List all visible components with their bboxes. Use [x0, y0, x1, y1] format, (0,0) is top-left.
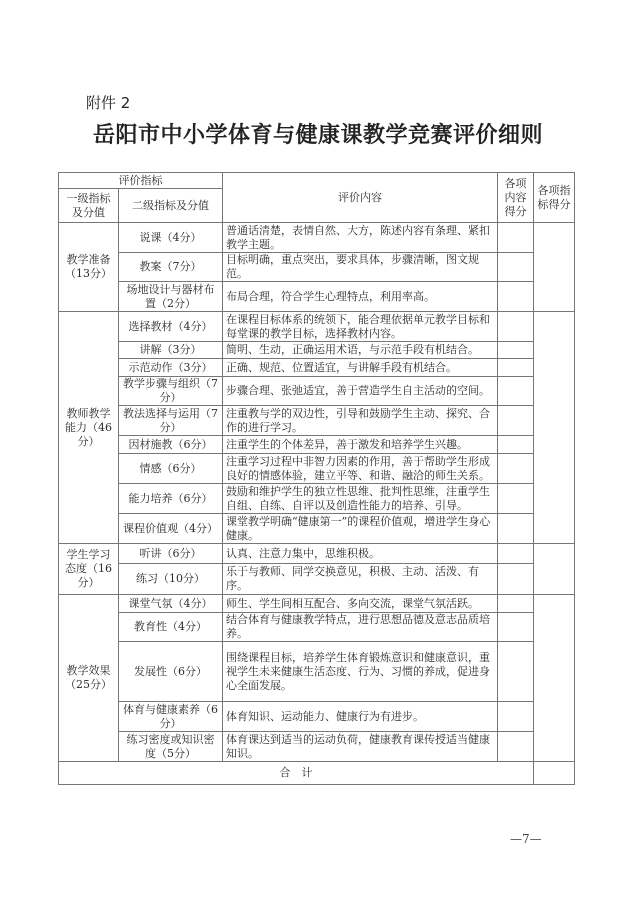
item-score-field[interactable] — [498, 514, 534, 544]
item-score-field[interactable] — [498, 642, 534, 702]
table-row: 场地设计与器材布置（2分） 布局合理，符合学生心理特点，利用率高。 — [59, 282, 575, 312]
table-row: 教师教学能力（46分） 选择教材（4分） 在课程目标体系的统领下，能合理依据单元… — [59, 312, 575, 342]
table-row: 示范动作（3分） 正确、规范、位置适宜，与讲解手段有机结合。 — [59, 359, 575, 377]
header-evaluation-indicators: 评价指标 — [59, 173, 223, 189]
table-row: 练习（10分） 乐于与教师、同学交换意见，积极、主动、活泼、有序。 — [59, 564, 575, 595]
content-cell: 目标明确，重点突出，要求具体，步骤清晰，图文规范。 — [223, 253, 498, 282]
level2-cell: 讲解（3分） — [119, 342, 223, 359]
table-row: 情感（6分） 注重学习过程中非智力因素的作用，善于帮助学生形成良好的情感体验，建… — [59, 454, 575, 484]
content-cell: 注重教与学的双边性，引导和鼓励学生主动、探究、合作的进行学习。 — [223, 406, 498, 436]
item-score-field[interactable] — [498, 377, 534, 406]
content-cell: 步骤合理、张弛适宜，善于营造学生自主活动的空间。 — [223, 377, 498, 406]
item-score-field[interactable] — [498, 312, 534, 342]
indicator-score-field[interactable] — [534, 544, 575, 595]
table-row: 教学效果（25分） 课堂气氛（4分） 师生、学生间相互配合、多向交流，课堂气氛活… — [59, 595, 575, 613]
level1-teaching-effect: 教学效果（25分） — [59, 595, 119, 762]
table-row: 发展性（6分） 围绕课程目标，培养学生体育锻炼意识和健康意识，重视学生未来健康生… — [59, 642, 575, 702]
content-cell: 结合体育与健康教学特点，进行思想品德及意志品质培养。 — [223, 613, 498, 642]
content-cell: 布局合理，符合学生心理特点，利用率高。 — [223, 282, 498, 312]
table-row: 能力培养（6分） 鼓励和维护学生的独立性思维、批判性思维，注重学生自组、自练、自… — [59, 484, 575, 514]
header-level2: 二级指标及分值 — [119, 189, 223, 223]
level2-cell: 教法选择与运用（7分） — [119, 406, 223, 436]
table-row: 教法选择与运用（7分） 注重教与学的双边性，引导和鼓励学生主动、探究、合作的进行… — [59, 406, 575, 436]
content-cell: 注重学习过程中非智力因素的作用，善于帮助学生形成良好的情感体验，建立平等、和谐、… — [223, 454, 498, 484]
total-label: 合 计 — [59, 762, 534, 785]
item-score-field[interactable] — [498, 484, 534, 514]
table-row: 体育与健康素养（6分） 体育知识、运动能力、健康行为有进步。 — [59, 702, 575, 732]
item-score-field[interactable] — [498, 544, 534, 564]
level2-cell: 示范动作（3分） — [119, 359, 223, 377]
level2-cell: 因材施教（6分） — [119, 436, 223, 454]
table-row: 练习密度或知识密度（5分） 体育课达到适当的运动负荷，健康教育课传授适当健康知识… — [59, 732, 575, 762]
table-row: 教学步骤与组织（7分） 步骤合理、张弛适宜，善于营造学生自主活动的空间。 — [59, 377, 575, 406]
table-row: 教育性（4分） 结合体育与健康教学特点，进行思想品德及意志品质培养。 — [59, 613, 575, 642]
content-cell: 简明、生动，正确运用术语，与示范手段有机结合。 — [223, 342, 498, 359]
content-cell: 体育课达到适当的运动负荷，健康教育课传授适当健康知识。 — [223, 732, 498, 762]
content-cell: 乐于与教师、同学交换意见，积极、主动、活泼、有序。 — [223, 564, 498, 595]
attachment-label: 附件 2 — [86, 92, 130, 113]
content-cell: 普通话清楚，表情自然、大方，陈述内容有条理、紧扣教学主题。 — [223, 223, 498, 253]
content-cell: 正确、规范、位置适宜，与讲解手段有机结合。 — [223, 359, 498, 377]
item-score-field[interactable] — [498, 436, 534, 454]
header-evaluation-content: 评价内容 — [223, 173, 498, 223]
item-score-field[interactable] — [498, 564, 534, 595]
level2-cell: 教学步骤与组织（7分） — [119, 377, 223, 406]
header-level1: 一级指标及分值 — [59, 189, 119, 223]
page-title: 岳阳市中小学体育与健康课教学竞赛评价细则 — [0, 118, 636, 149]
indicator-score-field[interactable] — [534, 312, 575, 544]
level2-cell: 体育与健康素养（6分） — [119, 702, 223, 732]
item-score-field[interactable] — [498, 253, 534, 282]
level2-cell: 能力培养（6分） — [119, 484, 223, 514]
indicator-score-field[interactable] — [534, 595, 575, 762]
evaluation-table: 评价指标 评价内容 各项内容得分 各项指标得分 一级指标及分值 二级指标及分值 … — [58, 172, 575, 785]
level2-cell: 听讲（6分） — [119, 544, 223, 564]
content-cell: 注重学生的个体差异，善于激发和培养学生兴趣。 — [223, 436, 498, 454]
header-item-score: 各项内容得分 — [498, 173, 534, 223]
indicator-score-field[interactable] — [534, 223, 575, 312]
item-score-field[interactable] — [498, 595, 534, 613]
table-row: 讲解（3分） 简明、生动，正确运用术语，与示范手段有机结合。 — [59, 342, 575, 359]
level2-cell: 场地设计与器材布置（2分） — [119, 282, 223, 312]
level1-teacher-teaching-ability: 教师教学能力（46分） — [59, 312, 119, 544]
table-row: 教学准备（13分） 说课（4分） 普通话清楚，表情自然、大方，陈述内容有条理、紧… — [59, 223, 575, 253]
content-cell: 师生、学生间相互配合、多向交流，课堂气氛活跃。 — [223, 595, 498, 613]
level2-cell: 课堂气氛（4分） — [119, 595, 223, 613]
content-cell: 围绕课程目标，培养学生体育锻炼意识和健康意识，重视学生未来健康生活态度、行为、习… — [223, 642, 498, 702]
level2-cell: 发展性（6分） — [119, 642, 223, 702]
item-score-field[interactable] — [498, 702, 534, 732]
item-score-field[interactable] — [498, 359, 534, 377]
total-row: 合 计 — [59, 762, 575, 785]
item-score-field[interactable] — [498, 406, 534, 436]
item-score-field[interactable] — [498, 732, 534, 762]
level1-student-learning-attitude: 学生学习态度（16分） — [59, 544, 119, 595]
item-score-field[interactable] — [498, 282, 534, 312]
content-cell: 体育知识、运动能力、健康行为有进步。 — [223, 702, 498, 732]
table-row: 教案（7分） 目标明确，重点突出，要求具体，步骤清晰，图文规范。 — [59, 253, 575, 282]
table-row: 学生学习态度（16分） 听讲（6分） 认真、注意力集中，思维积极。 — [59, 544, 575, 564]
header-indicator-score: 各项指标得分 — [534, 173, 575, 223]
item-score-field[interactable] — [498, 613, 534, 642]
level1-teaching-preparation: 教学准备（13分） — [59, 223, 119, 312]
page-number: —7— — [510, 832, 542, 846]
item-score-field[interactable] — [498, 454, 534, 484]
content-cell: 在课程目标体系的统领下，能合理依据单元教学目标和每堂课的教学目标，选择教材内容。 — [223, 312, 498, 342]
content-cell: 认真、注意力集中，思维积极。 — [223, 544, 498, 564]
level2-cell: 课程价值观（4分） — [119, 514, 223, 544]
level2-cell: 选择教材（4分） — [119, 312, 223, 342]
content-cell: 课堂教学明确“健康第一”的课程价值观，增进学生身心健康。 — [223, 514, 498, 544]
level2-cell: 说课（4分） — [119, 223, 223, 253]
level2-cell: 练习（10分） — [119, 564, 223, 595]
total-score-field[interactable] — [534, 762, 575, 785]
table-row: 因材施教（6分） 注重学生的个体差异，善于激发和培养学生兴趣。 — [59, 436, 575, 454]
item-score-field[interactable] — [498, 342, 534, 359]
content-cell: 鼓励和维护学生的独立性思维、批判性思维，注重学生自组、自练、自评以及创造性能力的… — [223, 484, 498, 514]
table-row: 课程价值观（4分） 课堂教学明确“健康第一”的课程价值观，增进学生身心健康。 — [59, 514, 575, 544]
level2-cell: 教育性（4分） — [119, 613, 223, 642]
item-score-field[interactable] — [498, 223, 534, 253]
level2-cell: 练习密度或知识密度（5分） — [119, 732, 223, 762]
level2-cell: 情感（6分） — [119, 454, 223, 484]
level2-cell: 教案（7分） — [119, 253, 223, 282]
